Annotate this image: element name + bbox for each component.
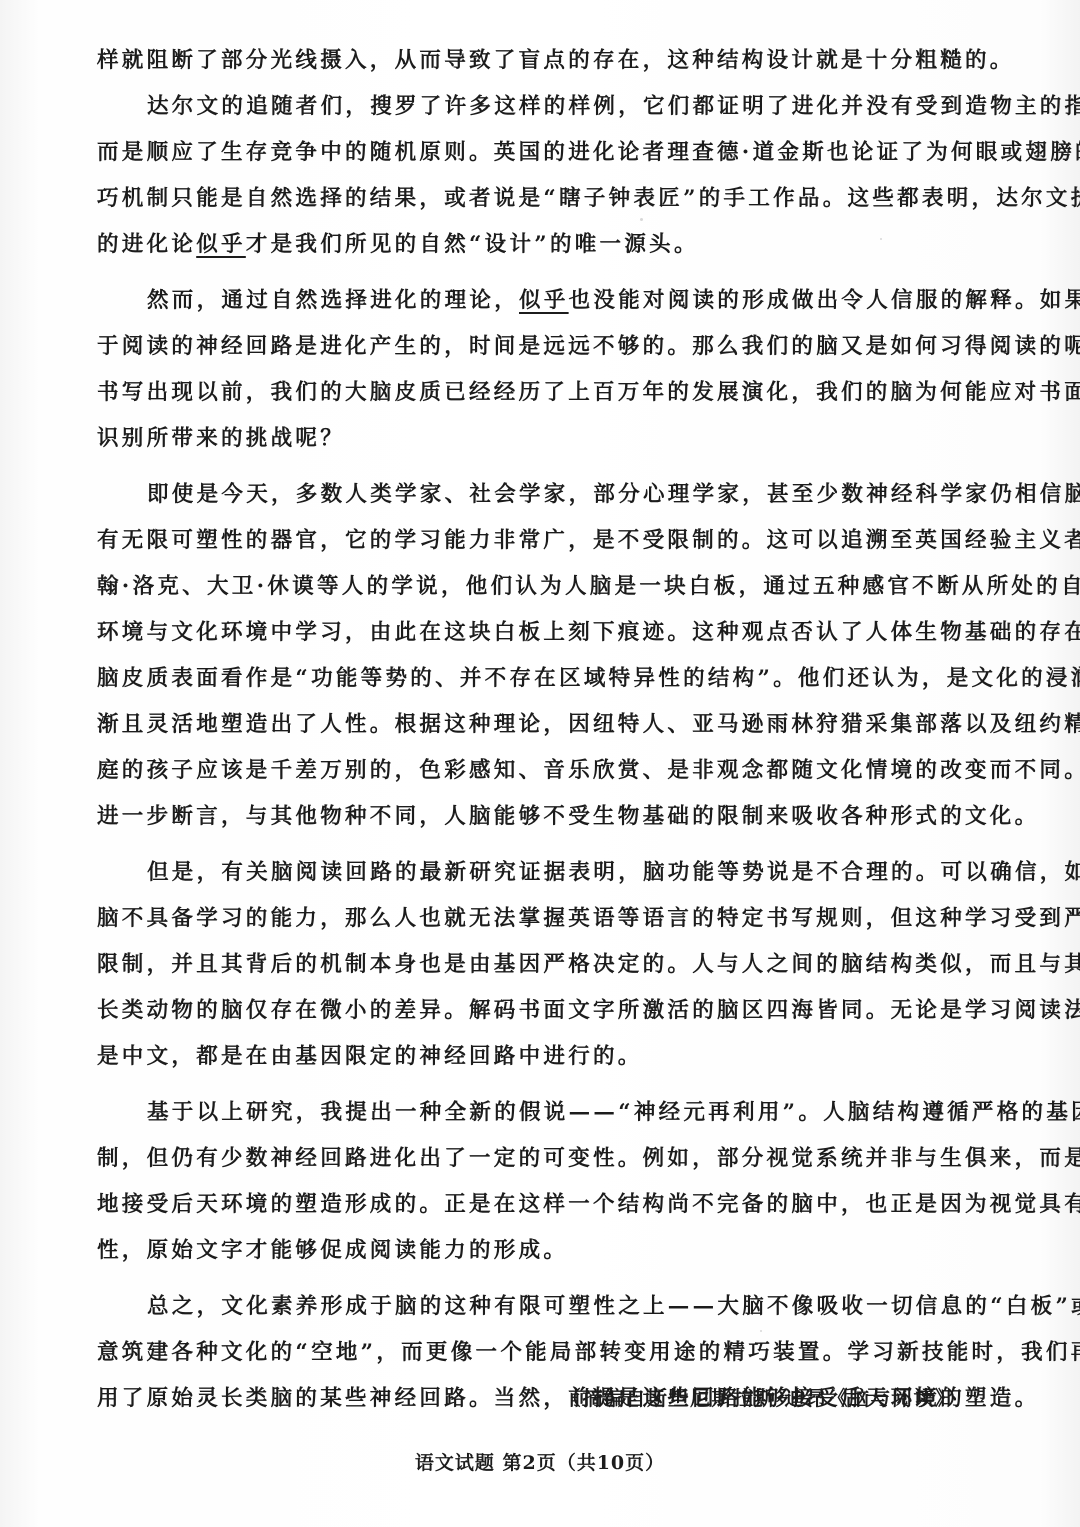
article-body: 样就阻断了部分光线摄入，从而导致了盲点的存在，这种结构设计就是十分粗糙的。 达尔… bbox=[97, 38, 972, 1422]
text-line: 性，原始文字才能够促成阅读能力的形成。 bbox=[97, 1228, 972, 1274]
paragraph-0: 样就阻断了部分光线摄入，从而导致了盲点的存在，这种结构设计就是十分粗糙的。 bbox=[97, 38, 972, 84]
text-line: 渐且灵活地塑造出了人性。根据这种理论，因纽特人、亚马逊雨林狩猎采集部落以及纽约精… bbox=[97, 702, 972, 748]
paragraph-gap bbox=[97, 1274, 972, 1284]
text-line: 巧机制只能是自然选择的结果，或者说是“瞎子钟表匠”的手工作品。这些都表明，达尔文… bbox=[97, 176, 972, 222]
text-line: 于阅读的神经回路是进化产生的，时间是远远不够的。那么我们的脑又是如何习得阅读的呢… bbox=[97, 324, 972, 370]
text-line: 脑皮质表面看作是“功能等势的、并不存在区域特异性的结构”。他们还认为，是文化的浸… bbox=[97, 656, 972, 702]
text-line: 长类动物的脑仅存在微小的差异。解码书面文字所激活的脑区四海皆同。无论是学习阅读法… bbox=[97, 988, 972, 1034]
text-line: 但是，有关脑阅读回路的最新研究证据表明，脑功能等势说是不合理的。可以确信，如果人 bbox=[97, 850, 972, 896]
text-line: 总之，文化素养形成于脑的这种有限可塑性之上——大脑不像吸收一切信息的“白板”或随 bbox=[97, 1284, 972, 1330]
scan-speck bbox=[640, 218, 643, 221]
underlined-term: 似乎 bbox=[519, 288, 569, 313]
text-line: 样就阻断了部分光线摄入，从而导致了盲点的存在，这种结构设计就是十分粗糙的。 bbox=[97, 38, 972, 84]
text-line: 是中文，都是在由基因限定的神经回路中进行的。 bbox=[97, 1034, 972, 1080]
text-line: 翰·洛克、大卫·休谟等人的学说，他们认为人脑是一块白板，通过五种感官不断从所处的… bbox=[97, 564, 972, 610]
text-line: 的进化论似乎才是我们所见的自然“设计”的唯一源头。 bbox=[97, 222, 972, 268]
text-line: 书写出现以前，我们的大脑皮质已经经历了上百万年的发展演化，我们的脑为何能应对书面… bbox=[97, 370, 972, 416]
paragraph-2: 然而，通过自然选择进化的理论，似乎也没能对阅读的形成做出令人信服的解释。如果说用… bbox=[97, 278, 972, 462]
paragraph-5: 基于以上研究，我提出一种全新的假说——“神经元再利用”。人脑结构遵循严格的基因限… bbox=[97, 1090, 972, 1274]
text-line: 脑不具备学习的能力，那么人也就无法掌握英语等语言的特定书写规则，但这种学习受到严… bbox=[97, 896, 972, 942]
text-line: 庭的孩子应该是千差万别的，色彩感知、音乐欣赏、是非观念都随文化情境的改变而不同。… bbox=[97, 748, 972, 794]
scan-speck bbox=[760, 1330, 762, 1332]
text-line: 然而，通过自然选择进化的理论，似乎也没能对阅读的形成做出令人信服的解释。如果说用 bbox=[97, 278, 972, 324]
scan-speck bbox=[905, 305, 907, 307]
paragraph-3: 即使是今天，多数人类学家、社会学家，部分心理学家，甚至少数神经科学家仍相信脑是具… bbox=[97, 472, 972, 840]
paragraph-1: 达尔文的追随者们，搜罗了许多这样的样例，它们都证明了进化并没有受到造物主的指引，… bbox=[97, 84, 972, 268]
text-line: 有无限可塑性的器官，它的学习能力非常广，是不受限制的。这可以追溯至英国经验主义者… bbox=[97, 518, 972, 564]
text-line: 而是顺应了生存竞争中的随机原则。英国的进化论者理查德·道金斯也论证了为何眼或翅膀… bbox=[97, 130, 972, 176]
text-line: 即使是今天，多数人类学家、社会学家，部分心理学家，甚至少数神经科学家仍相信脑是具 bbox=[97, 472, 972, 518]
text-line: 达尔文的追随者们，搜罗了许多这样的样例，它们都证明了进化并没有受到造物主的指引， bbox=[97, 84, 972, 130]
scan-speck bbox=[520, 1010, 522, 1012]
text-line: 基于以上研究，我提出一种全新的假说——“神经元再利用”。人脑结构遵循严格的基因限 bbox=[97, 1090, 972, 1136]
paragraph-gap bbox=[97, 268, 972, 278]
paragraph-gap bbox=[97, 1080, 972, 1090]
text-line: 进一步断言，与其他物种不同，人脑能够不受生物基础的限制来吸收各种形式的文化。 bbox=[97, 794, 972, 840]
page-footer: 语文试题 第2页（共10页） bbox=[0, 1448, 1080, 1475]
text-line: 限制，并且其背后的机制本身也是由基因严格决定的。人与人之间的脑结构类似，而且与其… bbox=[97, 942, 972, 988]
scan-speck bbox=[700, 910, 703, 912]
scan-speck bbox=[880, 238, 882, 240]
text-line: 识别所带来的挑战呢？ bbox=[97, 416, 972, 462]
text-line: 地接受后天环境的塑造形成的。正是在这样一个结构尚不完备的脑中，也正是因为视觉具有… bbox=[97, 1182, 972, 1228]
exam-page: 样就阻断了部分光线摄入，从而导致了盲点的存在，这种结构设计就是十分粗糙的。 达尔… bbox=[0, 0, 1080, 1527]
paragraph-gap bbox=[97, 462, 972, 472]
text-line: 环境与文化环境中学习，由此在这块白板上刻下痕迹。这种观点否认了人体生物基础的存在… bbox=[97, 610, 972, 656]
underlined-term: 似乎 bbox=[196, 232, 246, 257]
paragraph-4: 但是，有关脑阅读回路的最新研究证据表明，脑功能等势说是不合理的。可以确信，如果人… bbox=[97, 850, 972, 1080]
source-citation: （摘编自斯坦尼斯拉斯·迪昂《脑与阅读》） bbox=[561, 1382, 968, 1411]
paragraph-gap bbox=[97, 840, 972, 850]
text-line: 制，但仍有少数神经回路进化出了一定的可变性。例如，部分视觉系统并非与生俱来，而是… bbox=[97, 1136, 972, 1182]
text-line: 意筑建各种文化的“空地”，而更像一个能局部转变用途的精巧装置。学习新技能时，我们… bbox=[97, 1330, 972, 1376]
